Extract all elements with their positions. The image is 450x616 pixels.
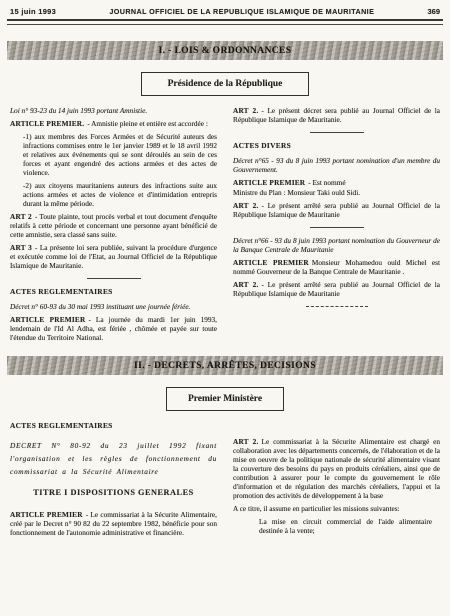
article-2-publication-decret-text: - Le présent décret sera publié au Journ…: [233, 106, 440, 124]
section2-left-column: ACTES REGLEMENTAIRES DECRET N° 80-92 du …: [10, 421, 217, 541]
amnistie-item-1: -1) aux membres des Forces Armées et de …: [10, 132, 217, 177]
section-band-decrets-label: II. - DECRETS, ARRÊTES, DECISIONS: [134, 361, 316, 371]
issue-date: 15 juin 1993: [10, 7, 56, 16]
left-column-divider: [87, 278, 141, 279]
titre-dispositions-generales: TITRE I DISPOSITIONS GENERALES: [10, 488, 217, 497]
article-premier-commissariat-lead: ARTICLE PREMIER: [10, 510, 83, 519]
journal-page: 15 juin 1993 JOURNAL OFFICIEL DE LA REPU…: [0, 0, 450, 616]
article-premier-journee-lead: ARTICLE PREMIER: [10, 315, 85, 324]
article-premier-amnistie-lead: ARTICLE PREMIER.: [10, 119, 84, 128]
article-premier-amnistie-text: - Amnistie pleine et entière est accordé…: [87, 119, 208, 128]
mission-item-1: La mise en circuit commercial de l'aide …: [233, 517, 440, 535]
article-premier-amnistie: ARTICLE PREMIER.- Amnistie pleine et ent…: [10, 119, 217, 128]
section1-right-column: ART 2.- Le présent décret sera publié au…: [233, 106, 440, 346]
section2-columns: ACTES REGLEMENTAIRES DECRET N° 80-92 du …: [0, 421, 450, 541]
article-2-publication-arrete-1-text: - Le présent arrêté sera publié au Journ…: [233, 201, 440, 219]
decret-60-93-title: Décret n° 60-93 du 30 mai 1993 instituan…: [10, 302, 217, 311]
journal-title: JOURNAL OFFICIEL DE LA REPUBLIQUE ISLAMI…: [56, 7, 427, 16]
section-band-decrets: II. - DECRETS, ARRÊTES, DECISIONS: [7, 356, 443, 375]
article-premier-nomination-lead: ARTICLE PREMIER: [233, 178, 305, 187]
missions-intro-line: A ce titre, il assume en particulier les…: [233, 504, 440, 513]
article-2-publication-arrete-2-lead: ART 2.: [233, 280, 258, 289]
article-premier-nomination-text: - Est nommé: [308, 178, 345, 187]
section-band-lois: I. - LOIS & ORDONNANCES: [7, 41, 443, 60]
heading-box-presidence-label: Présidence de la République: [168, 79, 283, 89]
section1-columns: Loi n° 93-23 du 14 juin 1993 portant Amn…: [0, 106, 450, 346]
heading-box-premier-ministere: Premier Ministère: [166, 387, 284, 411]
section-band-lois-label: I. - LOIS & ORDONNANCES: [159, 46, 292, 56]
article-2-commissariat: ART 2.Le commissariat à la Sécurite Alim…: [233, 437, 440, 500]
heading-box-premier-ministere-label: Premier Ministère: [188, 394, 262, 404]
right-column-divider-2: [310, 227, 364, 228]
article-premier-gouverneur: ARTICLE PREMIERMonsieur Mohamedou ould M…: [233, 258, 440, 276]
actes-reglementaires-heading-2: ACTES REGLEMENTAIRES: [10, 421, 217, 430]
heading-box-presidence: Présidence de la République: [141, 72, 309, 96]
article-2-publication-arrete-1: ART 2.- Le présent arrêté sera publié au…: [233, 201, 440, 219]
section2-right-column: ART 2.Le commissariat à la Sécurite Alim…: [233, 437, 440, 541]
article-2-commissariat-text: Le commissariat à la Sécurite Alimentair…: [233, 437, 440, 500]
article-3-amnistie: ART 3- La présente loi sera publiée, sui…: [10, 243, 217, 270]
article-2-amnistie: ART 2- Toute plainte, tout procès verbal…: [10, 212, 217, 239]
actes-divers-heading: ACTES DIVERS: [233, 141, 440, 150]
amnistie-item-2: -2) aux citoyens mauritaniens auteurs de…: [10, 181, 217, 208]
article-2-amnistie-text: - Toute plainte, tout procès verbal et t…: [10, 212, 217, 239]
ministre-plan-line: Ministre du Plan : Monsieur Taki ould Si…: [233, 188, 440, 197]
loi-title: Loi n° 93-23 du 14 juin 1993 portant Amn…: [10, 106, 217, 115]
page-header: 15 juin 1993 JOURNAL OFFICIEL DE LA REPU…: [0, 0, 450, 16]
article-2-commissariat-lead: ART 2.: [233, 437, 259, 446]
article-2-publication-decret-lead: ART 2.: [233, 106, 258, 115]
article-premier-gouverneur-lead: ARTICLE PREMIER: [233, 258, 309, 267]
article-3-amnistie-lead: ART 3: [10, 243, 32, 252]
right-column-divider-dashed: [306, 306, 368, 307]
article-premier-commissariat: ARTICLE PREMIER- Le commissariat à la Sé…: [10, 510, 217, 537]
article-2-publication-decret: ART 2.- Le présent décret sera publié au…: [233, 106, 440, 124]
decret-66-93-title: Décret n°66 - 93 du 8 juin 1993 portant …: [233, 236, 440, 254]
decret-80-92-title: DECRET N° 80-92 du 23 juillet 1992 fixan…: [10, 439, 217, 478]
actes-reglementaires-heading-1: ACTES REGLEMENTAIRES: [10, 287, 217, 296]
header-rule: [7, 19, 443, 25]
article-premier-nomination: ARTICLE PREMIER- Est nommé: [233, 178, 440, 187]
article-premier-journee: ARTICLE PREMIER- La journée du mardi 1er…: [10, 315, 217, 342]
article-2-amnistie-lead: ART 2: [10, 212, 32, 221]
article-2-publication-arrete-2-text: - Le présent arrêté sera publié au Journ…: [233, 280, 440, 298]
article-2-publication-arrete-2: ART 2.- Le présent arrêté sera publié au…: [233, 280, 440, 298]
article-2-publication-arrete-1-lead: ART 2.: [233, 201, 258, 210]
page-number: 369: [427, 7, 440, 16]
decret-65-93-title: Décret n°65 - 93 du 8 juin 1993 portant …: [233, 156, 440, 174]
article-3-amnistie-text: - La présente loi sera publiée, suivant …: [10, 243, 217, 270]
right-column-divider-1: [310, 132, 364, 133]
section1-left-column: Loi n° 93-23 du 14 juin 1993 portant Amn…: [10, 106, 217, 346]
